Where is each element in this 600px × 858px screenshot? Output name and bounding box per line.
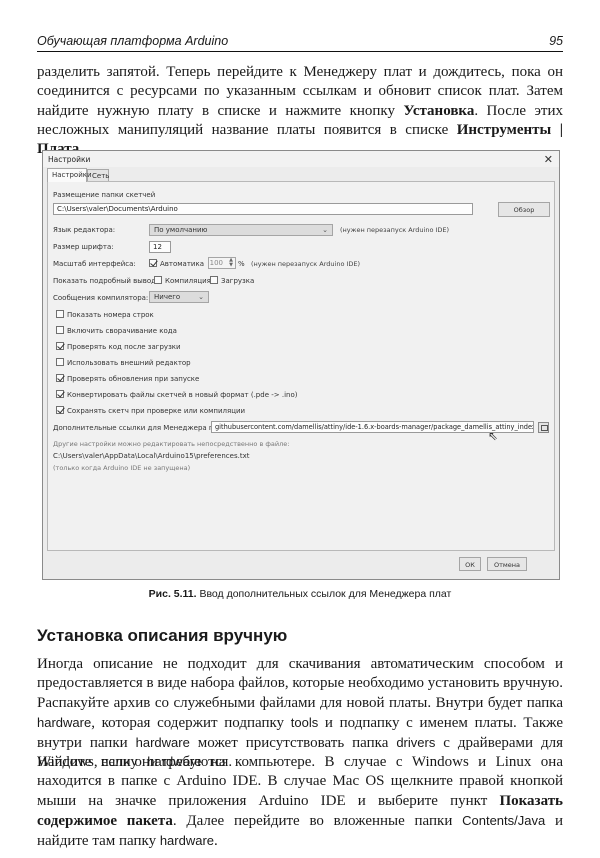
running-head: Обучающая платформа Arduino 95 bbox=[37, 34, 563, 52]
verbose-compile-label: Компиляция bbox=[165, 277, 211, 285]
folder-name: Contents/Java bbox=[462, 813, 545, 828]
more-prefs-note: Другие настройки можно редактировать неп… bbox=[53, 440, 289, 448]
browse-button[interactable]: Обзор bbox=[498, 202, 550, 217]
text: , которая содержит подпапку bbox=[91, 715, 291, 731]
compiler-warnings-value: Ничего bbox=[154, 293, 180, 301]
prefs-edit-note: (только когда Arduino IDE не запущена) bbox=[53, 464, 190, 472]
tab-settings[interactable]: Настройки bbox=[47, 168, 87, 182]
option-line-numbers-checkbox[interactable] bbox=[56, 310, 64, 318]
option-save-on-verify-checkbox[interactable] bbox=[56, 406, 64, 414]
option-check-updates-checkbox[interactable] bbox=[56, 374, 64, 382]
option-verify-upload-checkbox[interactable] bbox=[56, 342, 64, 350]
editor-language-select[interactable]: По умолчанию ⌄ bbox=[149, 224, 333, 236]
font-size-label: Размер шрифта: bbox=[53, 243, 114, 251]
text: Найдите папку bbox=[37, 754, 147, 770]
interface-scale-unit: % bbox=[238, 260, 245, 268]
cancel-button[interactable]: Отмена bbox=[487, 557, 527, 571]
text: . Далее перейдите во вложенные папки bbox=[173, 813, 462, 829]
verbose-output-label: Показать подробный вывод: bbox=[53, 277, 158, 285]
chevron-down-icon: ⌄ bbox=[322, 225, 328, 236]
interface-scale-auto-label: Автоматика bbox=[160, 260, 204, 268]
option-save-on-verify-label: Сохранять скетч при проверке или компиля… bbox=[67, 407, 245, 415]
verbose-upload-checkbox[interactable] bbox=[210, 276, 218, 284]
folder-name: hardware bbox=[160, 833, 214, 848]
interface-scale-value: 100 bbox=[210, 259, 223, 267]
editor-language-note: (нужен перезапуск Arduino IDE) bbox=[340, 226, 449, 234]
folder-name: hardware bbox=[37, 715, 91, 730]
compiler-warnings-label: Сообщения компилятора: bbox=[53, 294, 148, 302]
compiler-warnings-select[interactable]: Ничего ⌄ bbox=[149, 291, 209, 303]
chevron-down-icon: ⌄ bbox=[198, 292, 204, 303]
folder-name: tools bbox=[291, 715, 318, 730]
ok-button[interactable]: ОК bbox=[459, 557, 481, 571]
option-code-folding-checkbox[interactable] bbox=[56, 326, 64, 334]
mouse-cursor-icon: ⇖ bbox=[488, 429, 498, 443]
section-heading: Установка описания вручную bbox=[37, 626, 287, 646]
dialog-title: Настройки bbox=[48, 155, 90, 164]
interface-scale-auto-checkbox[interactable] bbox=[149, 259, 157, 267]
interface-scale-label: Масштаб интерфейса: bbox=[53, 260, 136, 268]
figure-caption: Рис. 5.11. Ввод дополнительных ссылок дл… bbox=[0, 588, 600, 600]
edit-urls-icon[interactable] bbox=[538, 422, 549, 433]
folder-name: hardware bbox=[147, 754, 201, 769]
book-title: Обучающая платформа Arduino bbox=[37, 34, 228, 48]
option-check-updates-label: Проверять обновления при запуске bbox=[67, 375, 199, 383]
figure-caption-text: Ввод дополнительных ссылок для Менеджера… bbox=[197, 588, 452, 600]
figure-number: Рис. 5.11. bbox=[149, 588, 197, 600]
sketchbook-label: Размещение папки скетчей bbox=[53, 191, 155, 199]
text: может присутствовать папка bbox=[190, 735, 397, 751]
font-size-input[interactable]: 12 bbox=[149, 241, 171, 253]
spinner-arrows-icon[interactable]: ▲▼ bbox=[229, 258, 233, 268]
option-verify-upload-label: Проверять код после загрузки bbox=[67, 343, 181, 351]
editor-language-value: По умолчанию bbox=[154, 226, 207, 234]
sketchbook-path-input[interactable]: C:\Users\valer\Documents\Arduino bbox=[53, 203, 473, 215]
editor-language-label: Язык редактора: bbox=[53, 226, 115, 234]
interface-scale-note: (нужен перезапуск Arduino IDE) bbox=[251, 260, 360, 268]
option-external-editor-label: Использовать внешний редактор bbox=[67, 359, 191, 367]
text: . bbox=[214, 833, 218, 849]
section-paragraph-2: Найдите папку hardware на компьютере. В … bbox=[37, 752, 563, 851]
preferences-dialog: Настройки ✕ Настройки Сеть Размещение па… bbox=[42, 150, 560, 580]
verbose-compile-checkbox[interactable] bbox=[154, 276, 162, 284]
option-line-numbers-label: Показать номера строк bbox=[67, 311, 154, 319]
bold-term: Установка bbox=[403, 103, 474, 119]
dialog-titlebar: Настройки ✕ bbox=[43, 151, 559, 167]
option-convert-sketches-label: Конвертировать файлы скетчей в новый фор… bbox=[67, 391, 297, 399]
board-urls-label: Дополнительные ссылки для Менеджера плат… bbox=[53, 424, 229, 432]
settings-panel: Размещение папки скетчей C:\Users\valer\… bbox=[47, 181, 555, 551]
folder-name: hardware bbox=[136, 735, 190, 750]
option-convert-sketches-checkbox[interactable] bbox=[56, 390, 64, 398]
interface-scale-spinner[interactable]: 100 ▲▼ bbox=[208, 257, 236, 269]
intro-paragraph: разделить запятой. Теперь перейдите к Ме… bbox=[37, 63, 563, 159]
option-code-folding-label: Включить сворачивание кода bbox=[67, 327, 177, 335]
text: Иногда описание не подходит для скачиван… bbox=[37, 656, 563, 711]
preferences-file-path[interactable]: C:\Users\valer\AppData\Local\Arduino15\p… bbox=[53, 452, 249, 460]
folder-name: drivers bbox=[396, 735, 435, 750]
page-number: 95 bbox=[549, 34, 563, 48]
board-urls-input[interactable]: githubusercontent.com/damellis/attiny/id… bbox=[211, 421, 534, 433]
close-icon[interactable]: ✕ bbox=[544, 153, 553, 166]
verbose-upload-label: Загрузка bbox=[221, 277, 254, 285]
option-external-editor-checkbox[interactable] bbox=[56, 358, 64, 366]
